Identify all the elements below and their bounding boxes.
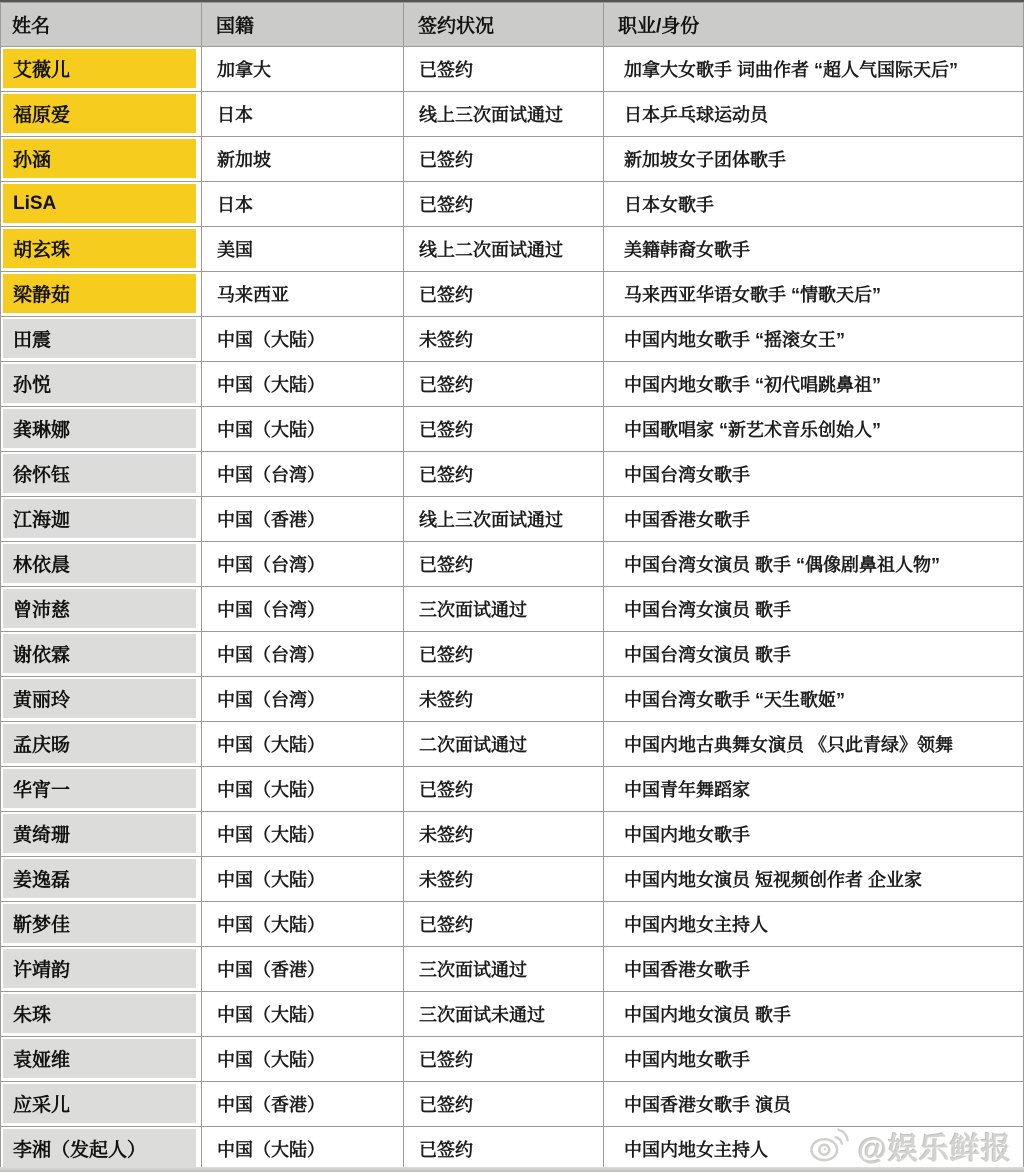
header-name: 姓名 (1, 3, 202, 47)
nationality-cell: 中国（大陆） (202, 1037, 404, 1082)
name-highlight: 李湘（发起人） (3, 1129, 196, 1168)
occupation-cell: 日本乒乓球运动员 (604, 92, 1024, 137)
table-row: LiSA 日本 已签约 日本女歌手 (1, 182, 1024, 227)
table-row: 黄丽玲 中国（台湾） 未签约 中国台湾女歌手 “天生歌姬” (1, 677, 1024, 722)
name-cell: 孟庆旸 (1, 722, 202, 767)
name-highlight: 梁静茹 (3, 274, 196, 313)
table-row: 艾薇儿 加拿大 已签约 加拿大女歌手 词曲作者 “超人气国际天后” (1, 47, 1024, 92)
status-cell: 未签约 (404, 317, 604, 362)
occupation-cell: 中国台湾女歌手 “天生歌姬” (604, 677, 1024, 722)
name-cell: 艾薇儿 (1, 47, 202, 92)
name-cell: 梁静茹 (1, 272, 202, 317)
nationality-cell: 中国（香港） (202, 947, 404, 992)
occupation-cell: 中国台湾女演员 歌手 “偶像剧鼻祖人物” (604, 542, 1024, 587)
nationality-cell: 中国（台湾） (202, 452, 404, 497)
occupation-cell: 中国歌唱家 “新艺术音乐创始人” (604, 407, 1024, 452)
nationality-cell: 中国（台湾） (202, 542, 404, 587)
nationality-cell: 中国（大陆） (202, 722, 404, 767)
table-row: 龚琳娜 中国（大陆） 已签约 中国歌唱家 “新艺术音乐创始人” (1, 407, 1024, 452)
table-row: 姜逸磊 中国（大陆） 未签约 中国内地女演员 短视频创作者 企业家 (1, 857, 1024, 902)
nationality-cell: 中国（大陆） (202, 812, 404, 857)
table-row: 靳梦佳 中国（大陆） 已签约 中国内地女主持人 (1, 902, 1024, 947)
table-row: 孙悦 中国（大陆） 已签约 中国内地女歌手 “初代唱跳鼻祖” (1, 362, 1024, 407)
table-row: 胡玄珠 美国 线上二次面试通过 美籍韩裔女歌手 (1, 227, 1024, 272)
occupation-cell: 中国内地古典舞女演员 《只此青绿》领舞 (604, 722, 1024, 767)
status-cell: 未签约 (404, 812, 604, 857)
name-highlight: 龚琳娜 (3, 409, 196, 448)
name-highlight: 林依晨 (3, 544, 196, 583)
table-row: 福原爱 日本 线上三次面试通过 日本乒乓球运动员 (1, 92, 1024, 137)
name-cell: 徐怀钰 (1, 452, 202, 497)
name-cell: 孙涵 (1, 137, 202, 182)
table-row: 田震 中国（大陆） 未签约 中国内地女歌手 “摇滚女王” (1, 317, 1024, 362)
name-highlight: 靳梦佳 (3, 904, 196, 943)
table-row: 孙涵 新加坡 已签约 新加坡女子团体歌手 (1, 137, 1024, 182)
status-cell: 已签约 (404, 1037, 604, 1082)
name-cell: 黄丽玲 (1, 677, 202, 722)
name-highlight: 江海迦 (3, 499, 196, 538)
name-cell: 许靖韵 (1, 947, 202, 992)
occupation-cell: 中国台湾女歌手 (604, 452, 1024, 497)
name-cell: 龚琳娜 (1, 407, 202, 452)
table-row: 孟庆旸 中国（大陆） 二次面试通过 中国内地古典舞女演员 《只此青绿》领舞 (1, 722, 1024, 767)
occupation-cell: 中国香港女歌手 演员 (604, 1082, 1024, 1127)
name-cell: 胡玄珠 (1, 227, 202, 272)
status-cell: 已签约 (404, 407, 604, 452)
status-cell: 二次面试通过 (404, 722, 604, 767)
nationality-cell: 中国（台湾） (202, 677, 404, 722)
name-highlight: 朱珠 (3, 994, 196, 1033)
name-highlight: LiSA (3, 184, 196, 223)
occupation-cell: 美籍韩裔女歌手 (604, 227, 1024, 272)
table-row: 徐怀钰 中国（台湾） 已签约 中国台湾女歌手 (1, 452, 1024, 497)
status-cell: 未签约 (404, 857, 604, 902)
name-highlight: 孟庆旸 (3, 724, 196, 763)
occupation-cell: 中国内地女主持人 (604, 1127, 1024, 1172)
table-body: 艾薇儿 加拿大 已签约 加拿大女歌手 词曲作者 “超人气国际天后” 福原爱 日本… (1, 47, 1024, 1172)
nationality-cell: 日本 (202, 182, 404, 227)
top-edge-divider (0, 0, 1024, 2)
nationality-cell: 中国（大陆） (202, 992, 404, 1037)
occupation-cell: 中国香港女歌手 (604, 497, 1024, 542)
table-row: 曾沛慈 中国（台湾） 三次面试通过 中国台湾女演员 歌手 (1, 587, 1024, 632)
status-cell: 已签约 (404, 47, 604, 92)
name-highlight: 姜逸磊 (3, 859, 196, 898)
name-highlight: 袁娅维 (3, 1039, 196, 1078)
nationality-cell: 中国（香港） (202, 497, 404, 542)
name-highlight: 徐怀钰 (3, 454, 196, 493)
status-cell: 已签约 (404, 182, 604, 227)
name-highlight: 福原爱 (3, 94, 196, 133)
nationality-cell: 中国（大陆） (202, 857, 404, 902)
nationality-cell: 中国（大陆） (202, 1127, 404, 1172)
nationality-cell: 加拿大 (202, 47, 404, 92)
celebrity-table: 姓名 国籍 签约状况 职业/身份 艾薇儿 加拿大 已签约 加拿大女歌手 词曲作者… (0, 2, 1024, 1172)
occupation-cell: 马来西亚华语女歌手 “情歌天后” (604, 272, 1024, 317)
table-row: 谢依霖 中国（台湾） 已签约 中国台湾女演员 歌手 (1, 632, 1024, 677)
name-cell: 孙悦 (1, 362, 202, 407)
name-cell: 华宵一 (1, 767, 202, 812)
status-cell: 线上三次面试通过 (404, 497, 604, 542)
occupation-cell: 中国台湾女演员 歌手 (604, 587, 1024, 632)
status-cell: 已签约 (404, 1127, 604, 1172)
bottom-edge-divider (0, 1167, 1024, 1172)
table-row: 许靖韵 中国（香港） 三次面试通过 中国香港女歌手 (1, 947, 1024, 992)
name-cell: 黄绮珊 (1, 812, 202, 857)
table-row: 华宵一 中国（大陆） 已签约 中国青年舞蹈家 (1, 767, 1024, 812)
nationality-cell: 中国（大陆） (202, 317, 404, 362)
table-row: 李湘（发起人） 中国（大陆） 已签约 中国内地女主持人 (1, 1127, 1024, 1172)
nationality-cell: 美国 (202, 227, 404, 272)
status-cell: 已签约 (404, 902, 604, 947)
status-cell: 已签约 (404, 632, 604, 677)
nationality-cell: 日本 (202, 92, 404, 137)
name-cell: 靳梦佳 (1, 902, 202, 947)
status-cell: 已签约 (404, 362, 604, 407)
status-cell: 三次面试未通过 (404, 992, 604, 1037)
status-cell: 三次面试通过 (404, 587, 604, 632)
table-header: 姓名 国籍 签约状况 职业/身份 (1, 3, 1024, 47)
status-cell: 已签约 (404, 767, 604, 812)
status-cell: 未签约 (404, 677, 604, 722)
table-row: 袁娅维 中国（大陆） 已签约 中国内地女歌手 (1, 1037, 1024, 1082)
name-cell: 江海迦 (1, 497, 202, 542)
status-cell: 线上二次面试通过 (404, 227, 604, 272)
name-cell: 林依晨 (1, 542, 202, 587)
name-highlight: 田震 (3, 319, 196, 358)
nationality-cell: 新加坡 (202, 137, 404, 182)
occupation-cell: 新加坡女子团体歌手 (604, 137, 1024, 182)
occupation-cell: 加拿大女歌手 词曲作者 “超人气国际天后” (604, 47, 1024, 92)
name-highlight: 黄丽玲 (3, 679, 196, 718)
status-cell: 线上三次面试通过 (404, 92, 604, 137)
header-nationality: 国籍 (202, 3, 404, 47)
name-highlight: 黄绮珊 (3, 814, 196, 853)
header-status: 签约状况 (404, 3, 604, 47)
nationality-cell: 中国（香港） (202, 1082, 404, 1127)
name-cell: 田震 (1, 317, 202, 362)
status-cell: 已签约 (404, 542, 604, 587)
name-cell: 福原爱 (1, 92, 202, 137)
occupation-cell: 中国内地女歌手 (604, 812, 1024, 857)
nationality-cell: 中国（大陆） (202, 902, 404, 947)
nationality-cell: 中国（大陆） (202, 407, 404, 452)
status-cell: 已签约 (404, 452, 604, 497)
name-cell: 李湘（发起人） (1, 1127, 202, 1172)
nationality-cell: 中国（大陆） (202, 767, 404, 812)
nationality-cell: 中国（台湾） (202, 587, 404, 632)
occupation-cell: 中国内地女歌手 “初代唱跳鼻祖” (604, 362, 1024, 407)
name-highlight: 胡玄珠 (3, 229, 196, 268)
nationality-cell: 马来西亚 (202, 272, 404, 317)
name-highlight: 许靖韵 (3, 949, 196, 988)
table-row: 朱珠 中国（大陆） 三次面试未通过 中国内地女演员 歌手 (1, 992, 1024, 1037)
occupation-cell: 中国内地女主持人 (604, 902, 1024, 947)
name-cell: 袁娅维 (1, 1037, 202, 1082)
name-highlight: 艾薇儿 (3, 49, 196, 88)
name-cell: 应采儿 (1, 1082, 202, 1127)
name-highlight: 曾沛慈 (3, 589, 196, 628)
nationality-cell: 中国（台湾） (202, 632, 404, 677)
nationality-cell: 中国（大陆） (202, 362, 404, 407)
name-highlight: 孙涵 (3, 139, 196, 178)
name-highlight: 应采儿 (3, 1084, 196, 1123)
status-cell: 已签约 (404, 1082, 604, 1127)
name-cell: 谢依霖 (1, 632, 202, 677)
occupation-cell: 中国内地女歌手 (604, 1037, 1024, 1082)
occupation-cell: 中国内地女演员 短视频创作者 企业家 (604, 857, 1024, 902)
name-highlight: 谢依霖 (3, 634, 196, 673)
occupation-cell: 中国台湾女演员 歌手 (604, 632, 1024, 677)
name-highlight: 华宵一 (3, 769, 196, 808)
table-row: 江海迦 中国（香港） 线上三次面试通过 中国香港女歌手 (1, 497, 1024, 542)
occupation-cell: 中国香港女歌手 (604, 947, 1024, 992)
table-row: 黄绮珊 中国（大陆） 未签约 中国内地女歌手 (1, 812, 1024, 857)
name-cell: 朱珠 (1, 992, 202, 1037)
status-cell: 已签约 (404, 272, 604, 317)
name-highlight: 孙悦 (3, 364, 196, 403)
occupation-cell: 中国内地女歌手 “摇滚女王” (604, 317, 1024, 362)
header-occupation: 职业/身份 (604, 3, 1024, 47)
table-screenshot: 姓名 国籍 签约状况 职业/身份 艾薇儿 加拿大 已签约 加拿大女歌手 词曲作者… (0, 0, 1024, 1172)
table-row: 梁静茹 马来西亚 已签约 马来西亚华语女歌手 “情歌天后” (1, 272, 1024, 317)
name-cell: 姜逸磊 (1, 857, 202, 902)
status-cell: 三次面试通过 (404, 947, 604, 992)
occupation-cell: 中国青年舞蹈家 (604, 767, 1024, 812)
table-row: 林依晨 中国（台湾） 已签约 中国台湾女演员 歌手 “偶像剧鼻祖人物” (1, 542, 1024, 587)
occupation-cell: 日本女歌手 (604, 182, 1024, 227)
header-row: 姓名 国籍 签约状况 职业/身份 (1, 3, 1024, 47)
occupation-cell: 中国内地女演员 歌手 (604, 992, 1024, 1037)
status-cell: 已签约 (404, 137, 604, 182)
name-cell: LiSA (1, 182, 202, 227)
table-row: 应采儿 中国（香港） 已签约 中国香港女歌手 演员 (1, 1082, 1024, 1127)
name-cell: 曾沛慈 (1, 587, 202, 632)
